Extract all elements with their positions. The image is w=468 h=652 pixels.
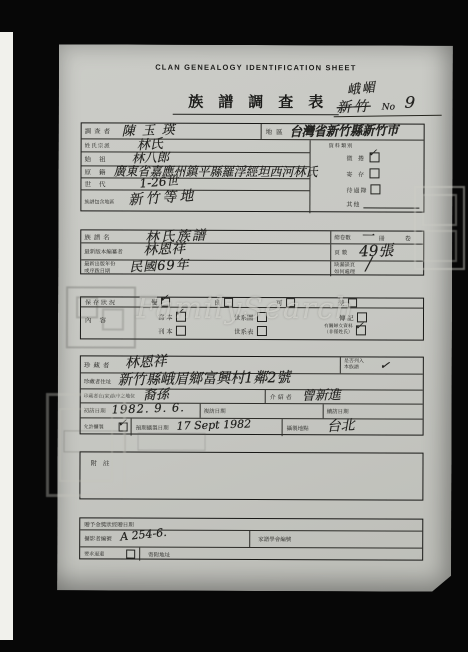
permission-to-film-label: 允許攝製 xyxy=(84,423,104,430)
first-visit-value: 1982. 9. 6. xyxy=(111,400,185,416)
film-place-label: 攝製地點 xyxy=(283,424,309,432)
annotation-underline xyxy=(334,115,442,118)
revisit-label: 複訪日期 xyxy=(201,407,226,415)
form-title: 族譜調查表 xyxy=(173,91,338,116)
condition-good-checkbox xyxy=(224,298,233,307)
award-date-label: 贈予金獎狀經贈日期 xyxy=(80,520,134,528)
return-request-label: 要求退還 xyxy=(84,550,104,557)
pedigree-table-checkbox xyxy=(256,326,266,336)
introducer-value: 曾新進 xyxy=(301,384,341,404)
material-option-label: 待過錄 xyxy=(346,185,367,194)
pending-copy-checkbox xyxy=(370,184,380,194)
volumes-label: 總卷數 xyxy=(331,233,351,241)
publication-label: 最新出版年份 或序跋日期 xyxy=(81,261,115,274)
women-data-checkbox: ✓ xyxy=(356,325,366,335)
missing-pages-label: 缺漏誤頁 如何處理 xyxy=(331,262,355,275)
scanned-document-page: CLAN GENEALOGY IDENTIFICATION SHEET 族譜調查… xyxy=(0,0,468,652)
printed-edition-checkbox xyxy=(176,326,186,336)
material-type-block: 資料類別 微 捲 ✓ 寄 存 待過錄 其他 xyxy=(310,140,423,213)
content-label: 內容 xyxy=(81,315,114,324)
annotation-no-label: No xyxy=(382,102,395,112)
publication-value: 民國69年 xyxy=(129,254,190,276)
notes-box: 附註 xyxy=(79,451,423,500)
film-date-value: 17 Sept 1982 xyxy=(176,417,251,432)
admin-table: 贈予金獎狀經贈日期 攝影者編號 A 254-6. 家譜學會編號 要求退還 xyxy=(79,517,423,560)
genealogy-book-table: 族譜名 林氏族譜 總卷數 一 冊 卷 最新版本編纂者 林恩祥 頁數 49張 xyxy=(80,229,424,275)
annotation-number: 9 xyxy=(404,93,416,113)
introducer-label: 介紹者 xyxy=(266,392,294,401)
notes-label: 附註 xyxy=(90,458,115,467)
women-data-label: 有關婦女資料 （非僅姓氏） xyxy=(324,324,353,336)
listed-check-value: ✓ xyxy=(379,357,391,372)
basic-left-block: 姓氏宗派 林氏 始祖 林八郎 原籍 廣東省嘉應州鎮平縣羅浮經坦西河林氏 世代 1… xyxy=(81,139,310,213)
condition-excellent-checkbox: ✓ xyxy=(161,298,170,307)
book-title-label: 族譜名 xyxy=(81,232,113,241)
condition-label: 保存狀況 xyxy=(81,297,117,306)
listed-in-genealogy-label: 是否列入 本族譜 xyxy=(341,359,364,372)
region-value: 台灣省新竹縣新竹市 xyxy=(290,119,399,140)
photographer-number-label: 攝影者編號 xyxy=(80,534,112,542)
material-option-label: 寄 存 xyxy=(346,169,366,178)
basic-info-table: 調查者 陳玉瑛 地區 台灣省新竹縣新竹市 姓氏宗派 林氏 始祖 林八郎 xyxy=(80,122,424,212)
annotation-struck-place: 新竹 xyxy=(336,96,371,118)
region-label: 地區 xyxy=(262,127,287,136)
deposit-checkbox xyxy=(369,168,379,178)
condition-poor-checkbox xyxy=(348,298,357,307)
investigator-label: 調查者 xyxy=(82,126,114,135)
manuscript-checkbox: ✓ xyxy=(176,312,186,322)
origin-label: 原籍 xyxy=(81,167,113,176)
pedigree-chart-checkbox xyxy=(256,312,266,322)
first-visit-label: 初訪日期 xyxy=(81,406,106,414)
form-paper: CLAN GENEALOGY IDENTIFICATION SHEET 族譜調查… xyxy=(57,44,453,591)
holder-address-label: 珍藏者住址 xyxy=(81,377,112,385)
microfilm-checkbox: ✓ xyxy=(369,152,379,162)
film-place-value: 台北 xyxy=(326,414,355,436)
mailing-address-label: 寄附地址 xyxy=(140,550,170,558)
coverage-label: 族譜包含地區 xyxy=(81,198,114,205)
condition-table: 保存狀況 優✓ 良 可 差 內容 寫 本✓ 世系圖 傳 記 刊 本 世系表 有關… xyxy=(80,296,424,340)
surname-label: 姓氏宗派 xyxy=(82,141,111,149)
missing-pages-value: ╱ xyxy=(365,257,373,272)
material-option-label: 微 捲 xyxy=(347,153,367,162)
society-number-label: 家譜學會編號 xyxy=(250,535,291,543)
volumes-unit-juan: 卷 xyxy=(405,233,411,242)
check-mark: ✓ xyxy=(368,146,377,159)
origin-value: 廣東省嘉應州鎮平縣羅浮經坦西河林氏 xyxy=(113,162,317,181)
pages-label: 頁數 xyxy=(331,248,349,256)
material-type-label: 資料類別 xyxy=(329,142,354,149)
compiler-label: 最新版本編纂者 xyxy=(81,247,123,255)
permission-checkbox: ✓ xyxy=(119,423,128,432)
holder-position-label: 珍藏者在(家)族中之地位 xyxy=(81,392,135,399)
annotation-place: 峨嵋 xyxy=(346,76,378,98)
generations-label: 世代 xyxy=(81,179,113,188)
holder-name-label: 珍藏者 xyxy=(81,360,113,369)
english-title: CLAN GENEALOGY IDENTIFICATION SHEET xyxy=(59,62,453,72)
coverage-value: 新竹等地 xyxy=(128,185,197,209)
return-request-checkbox xyxy=(126,550,135,559)
material-other-blank xyxy=(363,200,419,208)
ancestor-label: 始祖 xyxy=(82,154,114,163)
material-other-label: 其他 xyxy=(346,199,360,208)
scan-edge-strip xyxy=(0,32,13,640)
condition-fair-checkbox xyxy=(286,298,295,307)
holder-table: 珍藏者 林恩祥 是否列入 本族譜 ✓ 珍藏者住址 新竹縣峨眉鄉富興村1鄰2號 珍… xyxy=(80,355,424,435)
film-date-label: 預期攝製日期 xyxy=(132,423,169,431)
